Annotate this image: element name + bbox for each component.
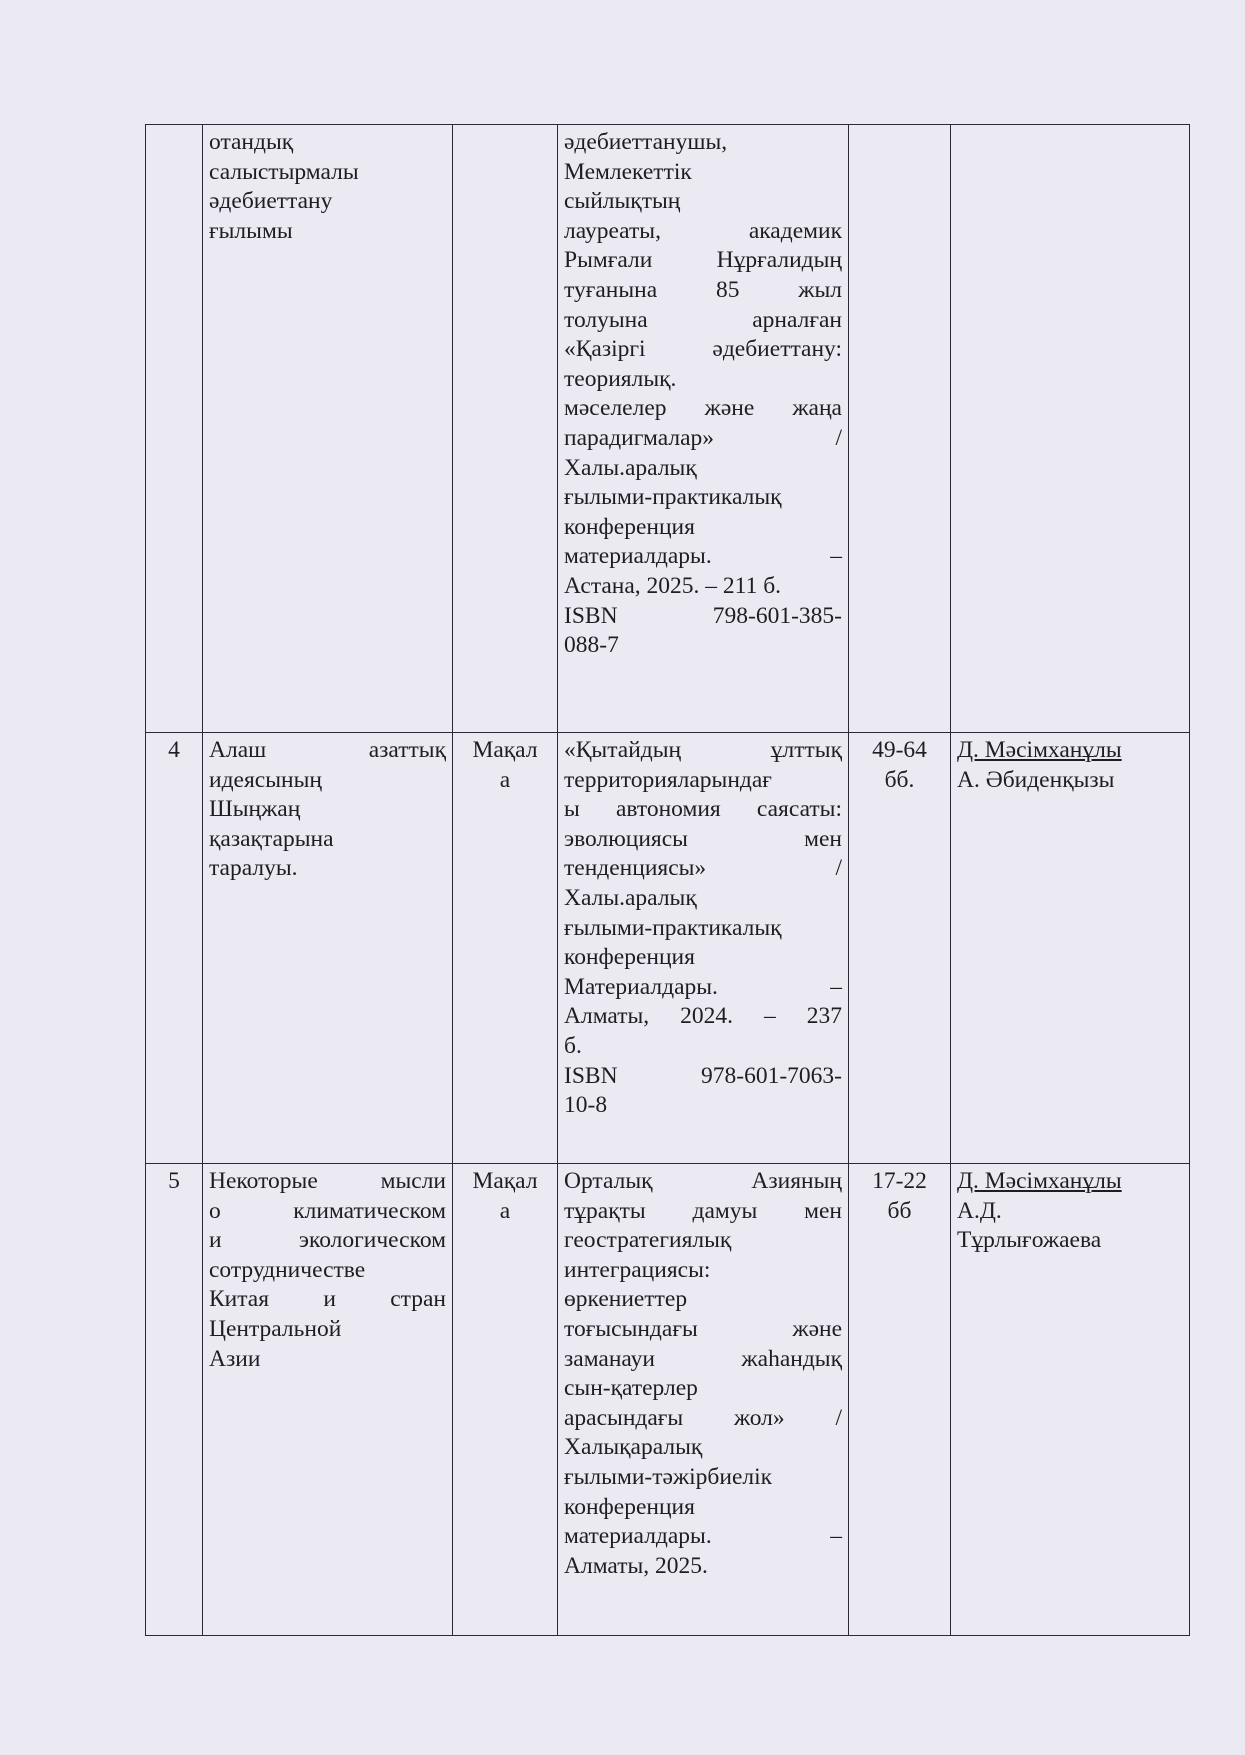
source-line: Астана, 2025. – 211 б. [564,572,842,602]
source-line: тенденциясы» / [564,854,842,884]
source-line: «Қытайдың ұлттық [564,736,842,766]
source-line: ғылыми-тәжірбиелік [564,1463,842,1493]
source-line: сыйлықтың [564,187,842,217]
source-line: Рымғали Нұрғалидың [564,246,842,276]
title-line: сотрудничестве [209,1256,446,1286]
pages-line: бб [855,1197,944,1227]
source-line: 10-8 [564,1091,842,1121]
table-row: 4 Алаш азаттықидеясыныңШыңжаңқазақтарына… [146,733,1190,1164]
row-number-cell: 5 [146,1164,203,1636]
source-line: материалдары. – [564,542,842,572]
title-cell: отандықсалыстырмалыәдебиеттануғылымы [203,125,453,733]
publications-table: отандықсалыстырмалыәдебиеттануғылымы әде… [145,124,1190,1636]
type-cell: Мақала [453,1164,558,1636]
type-line: Мақал [459,1167,551,1197]
row-number-cell: 4 [146,733,203,1164]
source-line: мәселелер және жаңа [564,394,842,424]
source-line: ISBN 798-601-385- [564,602,842,632]
source-line: конференция [564,1493,842,1523]
row-number: 4 [168,737,180,763]
source-cell: әдебиеттанушы,Мемлекеттіксыйлықтыңлауреа… [558,125,849,733]
source-line: ғылыми-практикалық [564,483,842,513]
pages-line: 17-22 [855,1167,944,1197]
source-line: б. [564,1032,842,1062]
table-row: отандықсалыстырмалыәдебиеттануғылымы әде… [146,125,1190,733]
source-line: территорияларындағ [564,766,842,796]
source-line: «Қазіргі әдебиеттану: [564,335,842,365]
title-line: Шыңжаң [209,795,446,825]
title-line: қазақтарына [209,825,446,855]
source-cell: «Қытайдың ұлттықтерриторияларындағы авто… [558,733,849,1164]
author-name: Д. Мәсімханұлы [957,736,1183,766]
source-line: теориялық. [564,365,842,395]
type-line: а [459,766,551,796]
author-name: Д. Мәсімханұлы [957,1167,1183,1197]
type-cell [453,125,558,733]
source-line: тұрақты дамуы мен [564,1197,842,1227]
type-cell: Мақала [453,733,558,1164]
pages-line: 49-64 [855,736,944,766]
author-name: А. Әбиденқызы [957,766,1183,796]
title-cell: Некоторые мыслио климатическоми экологич… [203,1164,453,1636]
type-line: Мақал [459,736,551,766]
authors-cell [951,125,1190,733]
source-line: ғылыми-практикалық [564,914,842,944]
row-number: 5 [168,1168,180,1194]
source-line: заманауи жаһандық [564,1345,842,1375]
source-line: Халықаралық [564,1433,842,1463]
title-line: Центральной [209,1315,446,1345]
source-line: толуына арналған [564,306,842,336]
pages-cell: 49-64бб. [849,733,951,1164]
title-line: Некоторые мысли [209,1167,446,1197]
source-line: парадигмалар» / [564,424,842,454]
source-line: әдебиеттанушы, [564,128,842,158]
author-name: А.Д. [957,1197,1183,1227]
source-line: конференция [564,943,842,973]
authors-cell: Д. МәсімханұлыА. Әбиденқызы [951,733,1190,1164]
title-line: ғылымы [209,217,446,247]
title-line: о климатическом [209,1197,446,1227]
source-line: Орталық Азияның [564,1167,842,1197]
source-line: ы автономия саясаты: [564,795,842,825]
title-line: әдебиеттану [209,187,446,217]
title-line: Азии [209,1345,446,1375]
source-line: өркениеттер [564,1285,842,1315]
pages-cell: 17-22бб [849,1164,951,1636]
title-line: салыстырмалы [209,158,446,188]
source-line: ISBN 978-601-7063- [564,1062,842,1092]
type-line: а [459,1197,551,1227]
source-line: Мемлекеттік [564,158,842,188]
source-cell: Орталық Азияныңтұрақты дамуы менгеострат… [558,1164,849,1636]
source-line: туғанына 85 жыл [564,276,842,306]
pages-line: бб. [855,766,944,796]
title-line: таралуы. [209,854,446,884]
source-line: сын-қатерлер [564,1374,842,1404]
title-line: Алаш азаттық [209,736,446,766]
source-line: лауреаты, академик [564,217,842,247]
source-line: материалдары. – [564,1522,842,1552]
source-line: эволюциясы мен [564,825,842,855]
title-line: идеясының [209,766,446,796]
source-line: Алматы, 2025. [564,1552,842,1582]
author-name: Тұрлығожаева [957,1226,1183,1256]
title-cell: Алаш азаттықидеясыныңШыңжаңқазақтарыната… [203,733,453,1164]
source-line: конференция [564,513,842,543]
source-line: арасындағы жол» / [564,1404,842,1434]
source-line: Материалдары. – [564,973,842,1003]
source-line: 088-7 [564,631,842,661]
source-line: Халы.аралық [564,454,842,484]
title-line: и экологическом [209,1226,446,1256]
source-line: Халы.аралық [564,884,842,914]
source-line: геостратегиялық [564,1226,842,1256]
title-line: отандық [209,128,446,158]
pages-cell [849,125,951,733]
row-number-cell [146,125,203,733]
source-line: интеграциясы: [564,1256,842,1286]
table-row: 5 Некоторые мыслио климатическоми эколог… [146,1164,1190,1636]
source-line: Алматы, 2024. – 237 [564,1002,842,1032]
title-line: Китая и стран [209,1285,446,1315]
source-line: тоғысындағы және [564,1315,842,1345]
authors-cell: Д. МәсімханұлыА.Д.Тұрлығожаева [951,1164,1190,1636]
